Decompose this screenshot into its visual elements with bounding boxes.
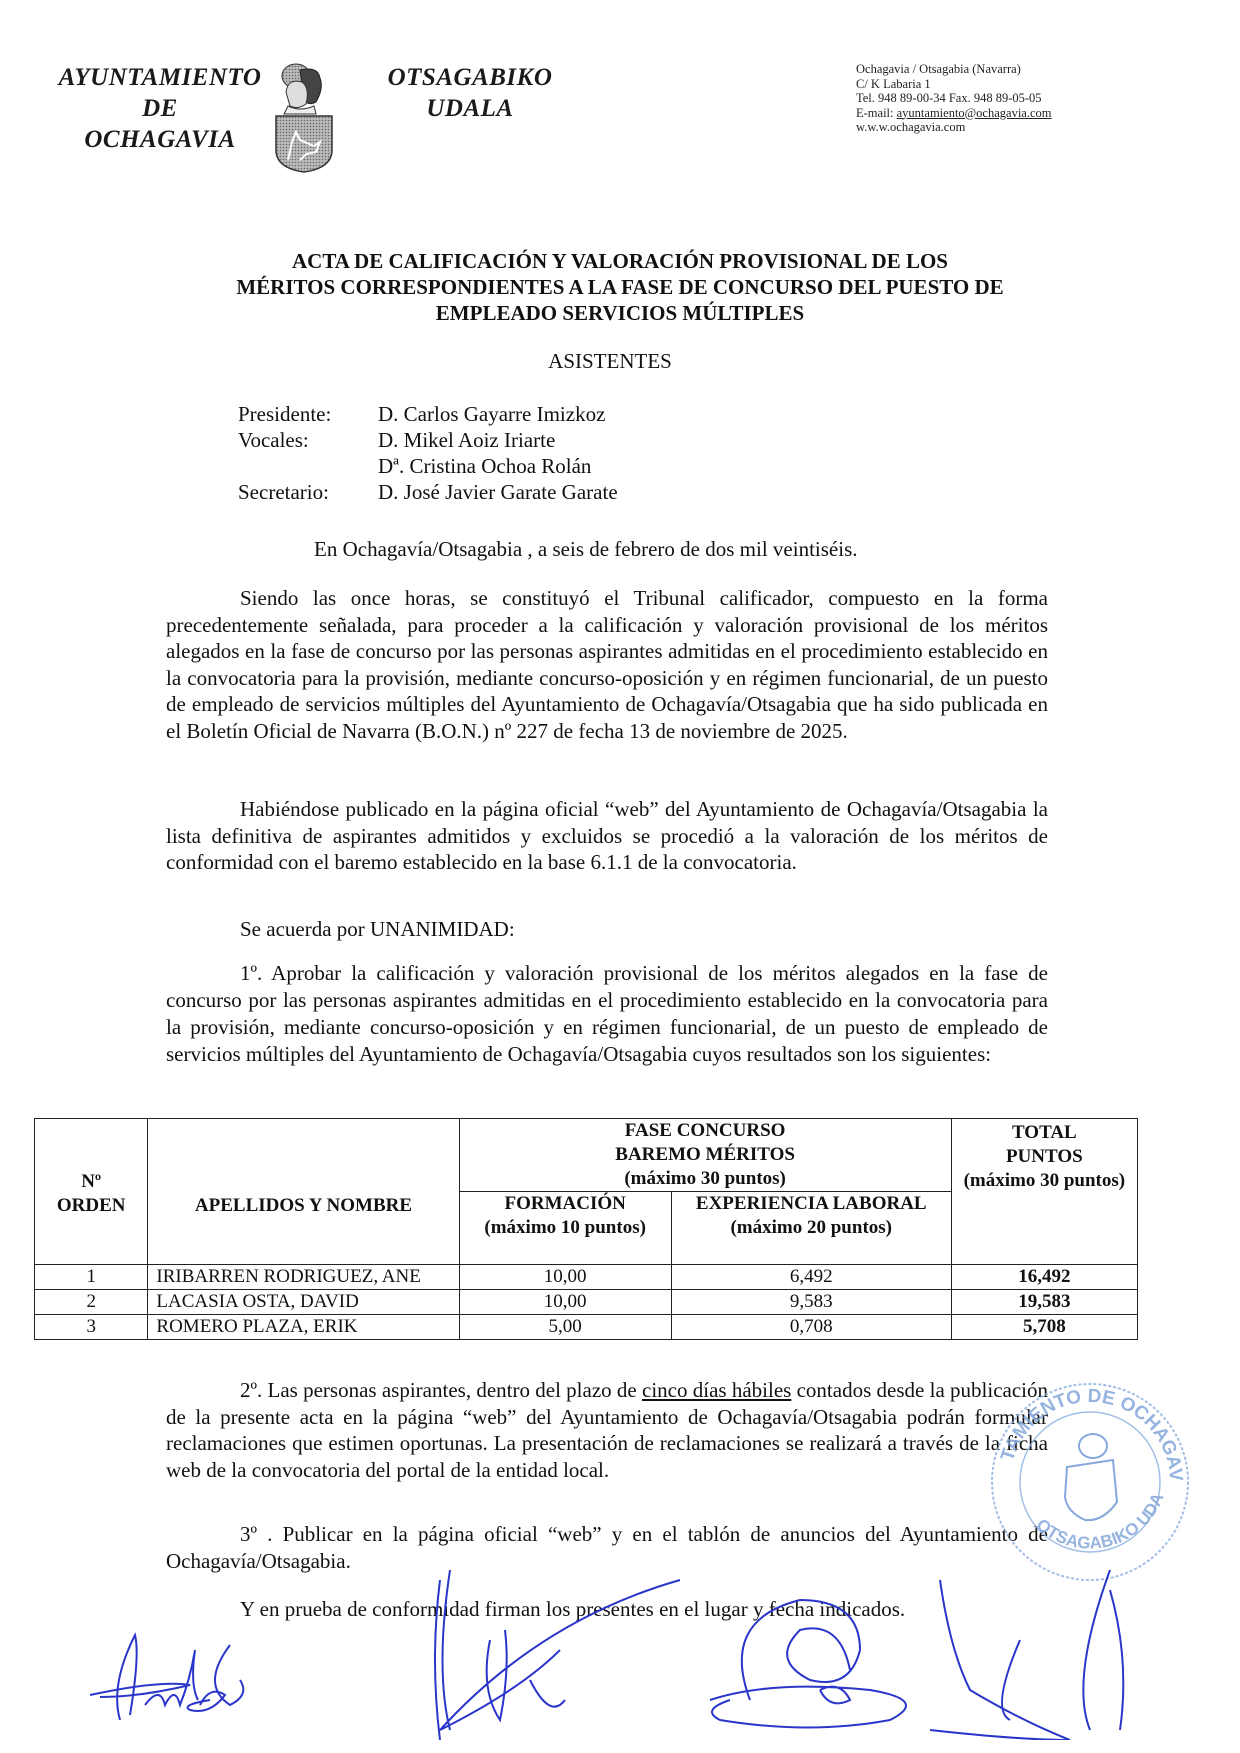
svg-text:TAMIENTO DE OCHAGAVIA: TAMIENTO DE OCHAGAVIA	[985, 1372, 1186, 1482]
header-text: (máximo 30 puntos)	[956, 1169, 1133, 1193]
paragraph-text: Habiéndose publicado en la página oficia…	[166, 797, 1048, 874]
header-text: BAREMO MÉRITOS	[464, 1143, 947, 1167]
header-text: PUNTOS	[956, 1145, 1133, 1169]
signature-icon	[80, 1625, 300, 1735]
email-line: E-mail: ayuntamiento@ochagavia.com	[856, 106, 1051, 121]
org-line: OTSAGABIKO	[370, 62, 570, 93]
cell-order: 2	[35, 1290, 148, 1315]
cell-training: 10,00	[459, 1290, 671, 1315]
attendee-role: Vocales:	[238, 427, 378, 453]
header-text: TOTAL	[956, 1121, 1133, 1145]
attendees-heading: ASISTENTES	[160, 349, 1060, 374]
header-text: FASE CONCURSO	[464, 1119, 947, 1143]
org-line: AYUNTAMIENTO	[40, 62, 280, 93]
cell-total: 16,492	[951, 1265, 1137, 1290]
table-row: 1 IRIBARREN RODRIGUEZ, ANE 10,00 6,492 1…	[35, 1265, 1138, 1290]
agreement-intro: Se acuerda por UNANIMIDAD:	[166, 916, 1048, 943]
title-line: MÉRITOS CORRESPONDIENTES A LA FASE DE CO…	[160, 274, 1080, 300]
cell-training: 10,00	[459, 1265, 671, 1290]
header-text: (máximo 20 puntos)	[676, 1216, 947, 1240]
header-text: EXPERIENCIA LABORAL	[676, 1192, 947, 1216]
cell-total: 19,583	[951, 1290, 1137, 1315]
header-text: (máximo 10 puntos)	[464, 1216, 667, 1240]
org-line: DE	[40, 93, 280, 124]
attendee-name: Dª. Cristina Ochoa Rolán	[378, 453, 591, 479]
title-line: ACTA DE CALIFICACIÓN Y VALORACIÓN PROVIS…	[160, 248, 1080, 274]
address-line: Ochagavia / Otsagabia (Navarra)	[856, 62, 1051, 77]
org-line: OCHAGAVIA	[40, 124, 280, 155]
organization-name-basque: OTSAGABIKO UDALA	[370, 62, 570, 124]
attendee-row: Presidente:D. Carlos Gayarre Imizkoz	[238, 401, 618, 427]
point-1: 1º. Aprobar la calificación y valoración…	[166, 960, 1048, 1068]
cell-total: 5,708	[951, 1315, 1137, 1340]
paragraph-publication: Habiéndose publicado en la página oficia…	[166, 796, 1048, 876]
municipal-coat-of-arms-icon	[270, 62, 340, 174]
contact-block: Ochagavia / Otsagabia (Navarra) C/ K Lab…	[856, 62, 1051, 135]
results-table: Nº ORDEN APELLIDOS Y NOMBRE FASE CONCURS…	[34, 1118, 1138, 1340]
paragraph-constitution: Siendo las once horas, se constituyó el …	[166, 585, 1048, 744]
header-order: Nº ORDEN	[35, 1119, 148, 1265]
signature-icon	[380, 1540, 710, 1750]
attendee-role: Presidente:	[238, 401, 378, 427]
cell-training: 5,00	[459, 1315, 671, 1340]
attendee-role	[238, 453, 378, 479]
deadline-text: cinco días hábiles	[642, 1378, 791, 1402]
address-line: C/ K Labaria 1	[856, 77, 1051, 92]
email-label: E-mail:	[856, 106, 897, 120]
header-name: APELLIDOS Y NOMBRE	[148, 1119, 459, 1265]
attendee-row: Secretario:D. José Javier Garate Garate	[238, 479, 618, 505]
org-line: UDALA	[370, 93, 570, 124]
header-text: ORDEN	[39, 1194, 143, 1218]
website: w.w.w.ochagavia.com	[856, 120, 1051, 135]
attendee-row: Vocales:D. Mikel Aoiz Iriarte	[238, 427, 618, 453]
phone-fax: Tel. 948 89-00-34 Fax. 948 89-05-05	[856, 91, 1051, 106]
attendee-name: D. Mikel Aoiz Iriarte	[378, 427, 555, 453]
header-text: (máximo 30 puntos)	[464, 1167, 947, 1191]
table-row: 2 LACASIA OSTA, DAVID 10,00 9,583 19,583	[35, 1290, 1138, 1315]
cell-order: 3	[35, 1315, 148, 1340]
paragraph-text: 2º. Las personas aspirantes, dentro del …	[240, 1378, 642, 1402]
table-row: 3 ROMERO PLAZA, ERIK 5,00 0,708 5,708	[35, 1315, 1138, 1340]
attendee-row: Dª. Cristina Ochoa Rolán	[238, 453, 618, 479]
header-experience: EXPERIENCIA LABORAL (máximo 20 puntos)	[671, 1192, 951, 1265]
header-phase: FASE CONCURSO BAREMO MÉRITOS (máximo 30 …	[459, 1119, 951, 1192]
organization-name-spanish: AYUNTAMIENTO DE OCHAGAVIA	[40, 62, 280, 155]
paragraph-text: Siendo las once horas, se constituyó el …	[166, 586, 1048, 743]
paragraph-text: 1º. Aprobar la calificación y valoración…	[166, 961, 1048, 1066]
cell-name: IRIBARREN RODRIGUEZ, ANE	[148, 1265, 459, 1290]
cell-order: 1	[35, 1265, 148, 1290]
cell-experience: 9,583	[671, 1290, 951, 1315]
cell-name: LACASIA OSTA, DAVID	[148, 1290, 459, 1315]
document-title: ACTA DE CALIFICACIÓN Y VALORACIÓN PROVIS…	[160, 248, 1080, 326]
signature-icon	[690, 1560, 1230, 1740]
header-text: Nº	[39, 1170, 143, 1194]
attendee-name: D. José Javier Garate Garate	[378, 479, 618, 505]
cell-experience: 6,492	[671, 1265, 951, 1290]
attendee-name: D. Carlos Gayarre Imizkoz	[378, 401, 605, 427]
date-line: En Ochagavía/Otsagabia , a seis de febre…	[314, 537, 858, 562]
email-link[interactable]: ayuntamiento@ochagavia.com	[897, 106, 1052, 120]
attendees-list: Presidente:D. Carlos Gayarre Imizkoz Voc…	[238, 401, 618, 505]
cell-name: ROMERO PLAZA, ERIK	[148, 1315, 459, 1340]
point-2: 2º. Las personas aspirantes, dentro del …	[166, 1377, 1048, 1483]
title-line: EMPLEADO SERVICIOS MÚLTIPLES	[160, 300, 1080, 326]
cell-experience: 0,708	[671, 1315, 951, 1340]
header-total: TOTAL PUNTOS (máximo 30 puntos)	[951, 1119, 1137, 1265]
header-training: FORMACIÓN (máximo 10 puntos)	[459, 1192, 671, 1265]
attendee-role: Secretario:	[238, 479, 378, 505]
paragraph-text: Se acuerda por UNANIMIDAD:	[240, 917, 515, 941]
header-text: FORMACIÓN	[464, 1192, 667, 1216]
official-stamp-icon: TAMIENTO DE OCHAGAVIA OTSAGABIKO UDALA	[985, 1372, 1195, 1582]
